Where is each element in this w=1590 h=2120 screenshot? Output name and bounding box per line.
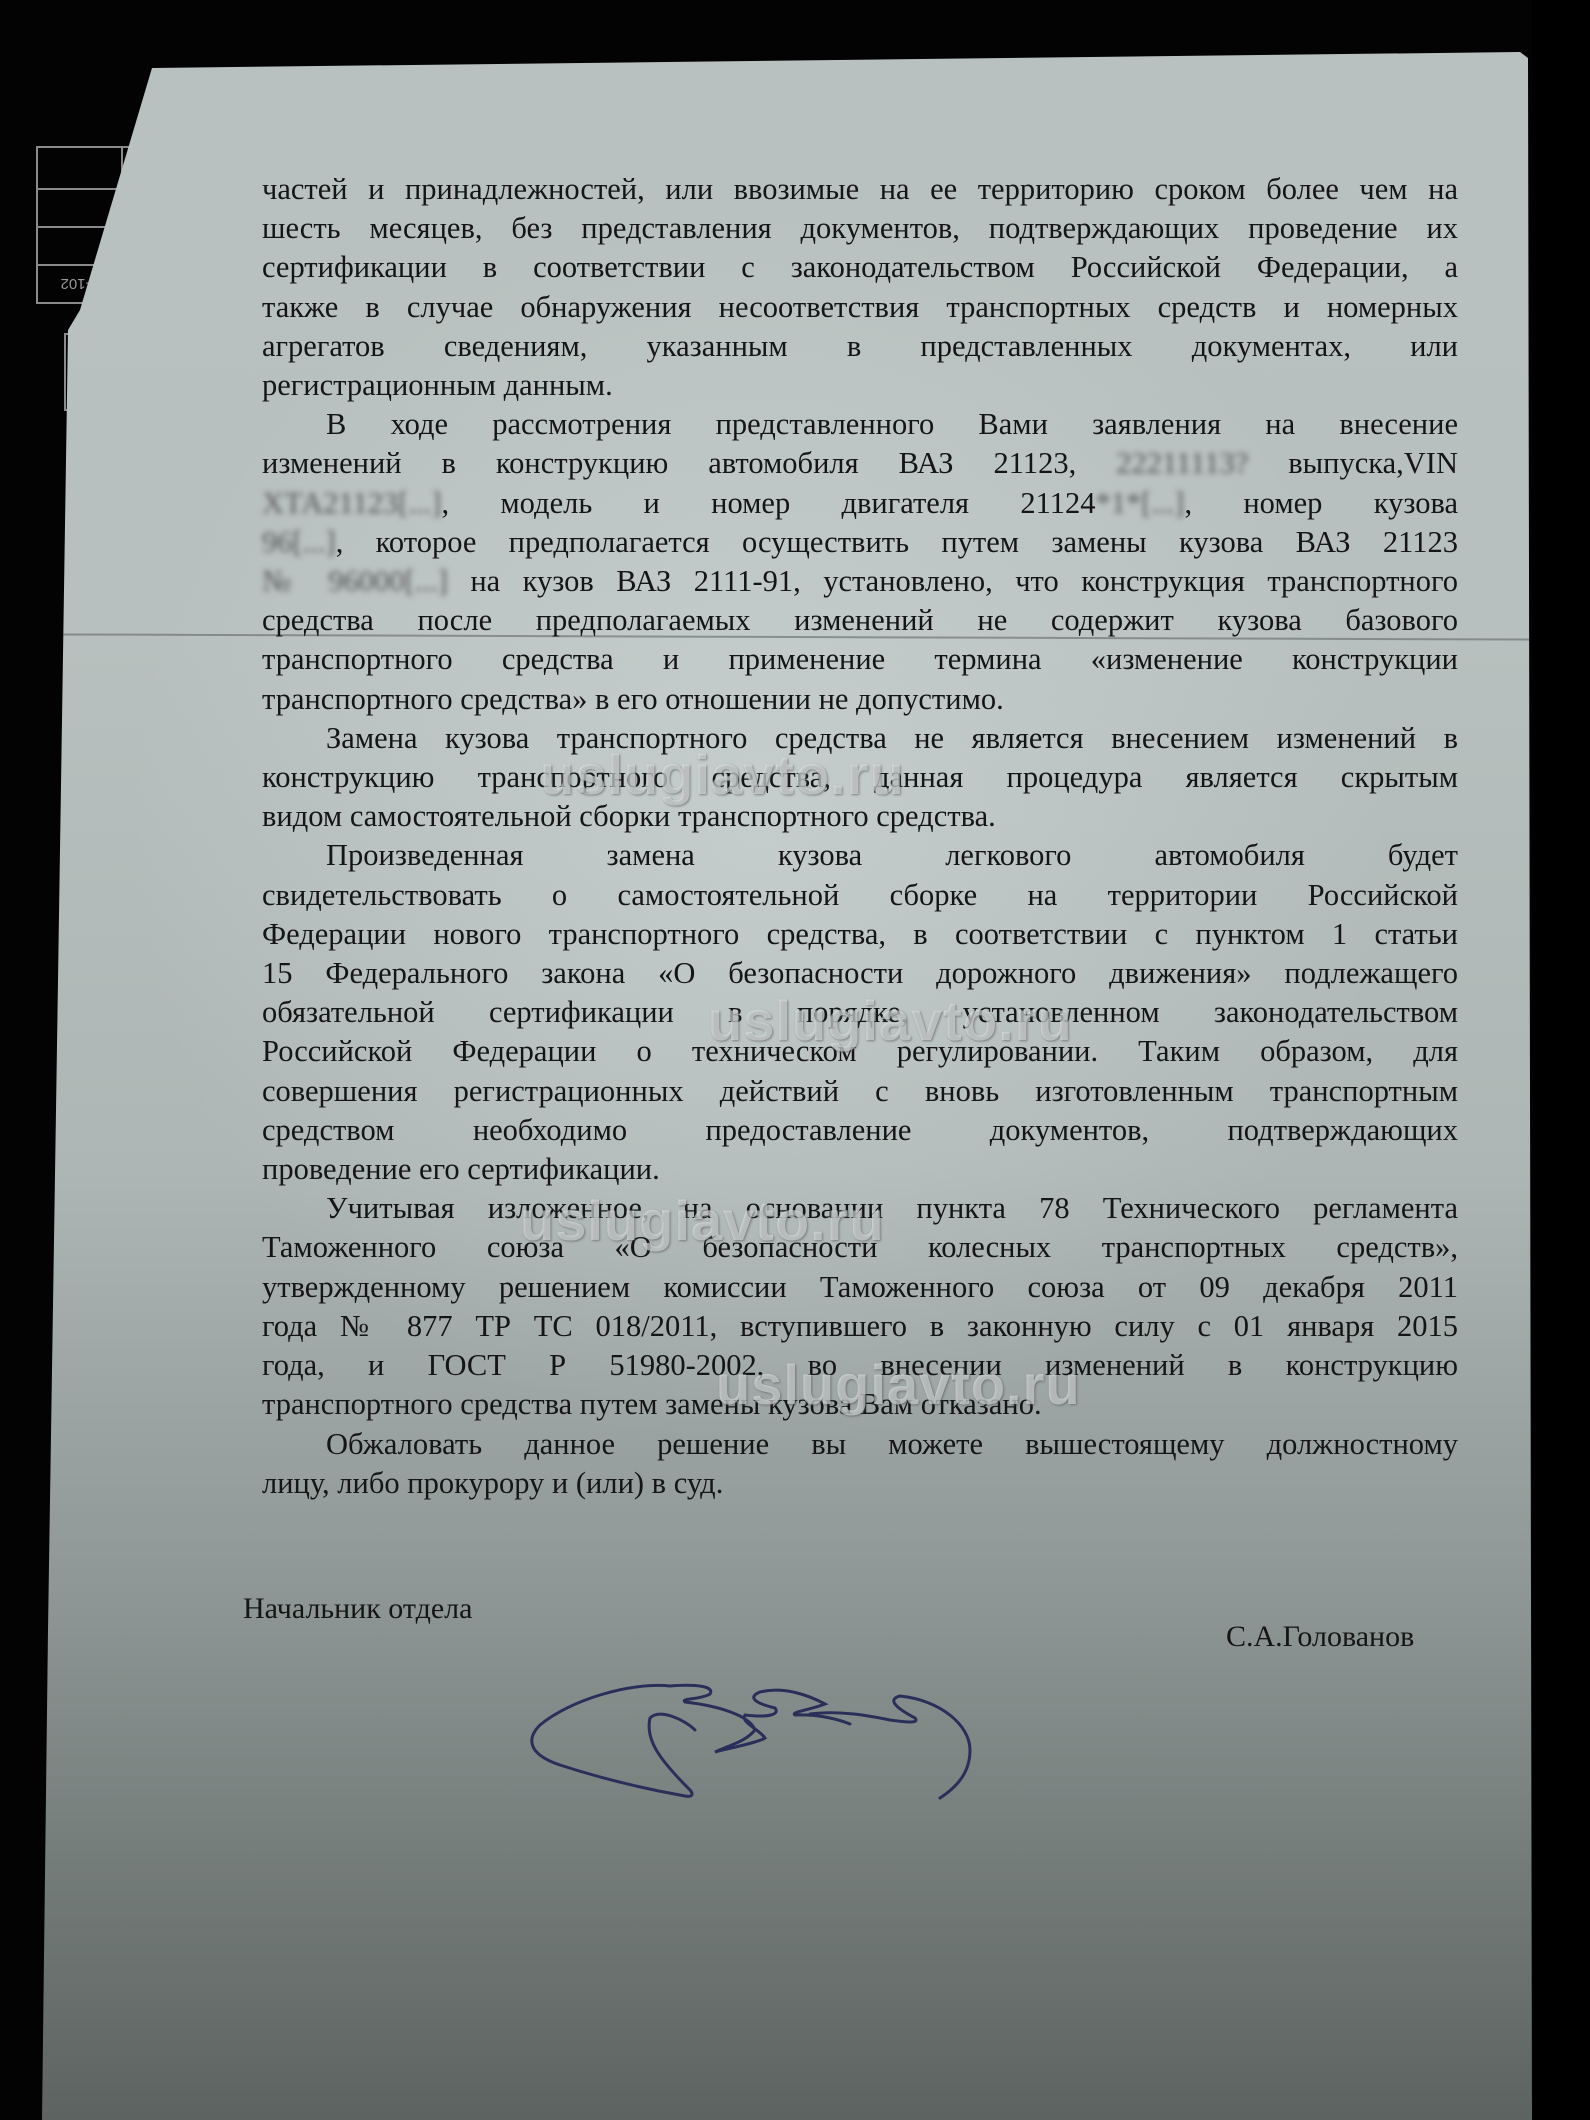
text-line: ХТА21123[...], модель и номер двигателя …	[262, 484, 1458, 523]
text-line: 15 Федерального закона «О безопасности д…	[262, 954, 1458, 993]
redacted-body-number-2: № 96000[...]	[262, 564, 448, 598]
paper-sheet: частей и принадлежностей, или ввозимые н…	[0, 0, 1590, 2120]
text-line: транспортного средства путем замены кузо…	[262, 1385, 1458, 1424]
text-line: конструкцию транспортного средства, данн…	[262, 758, 1458, 797]
photo-stage: 104-106 0-102 116 182-188 58 частей и пр	[0, 0, 1590, 2120]
paragraph-4: Произведенная замена кузова легкового ав…	[262, 836, 1458, 1189]
letter-body: частей и принадлежностей, или ввозимые н…	[262, 170, 1458, 1503]
text-line: шесть месяцев, без представления докумен…	[262, 209, 1458, 248]
text-line: частей и принадлежностей, или ввозимые н…	[262, 170, 1458, 209]
redacted-engine: *1*[...]	[1096, 486, 1185, 520]
signatory-name: С.А.Голованов	[1226, 1620, 1414, 1654]
text-line: утвержденному решением комиссии Таможенн…	[262, 1268, 1458, 1307]
handwritten-signature-icon	[520, 1630, 1220, 1830]
signatory-position: Начальник отдела	[243, 1592, 472, 1626]
paragraph-6: Обжаловать данное решение вы можете выше…	[262, 1425, 1458, 1503]
text-line: 96[...], которое предполагается осуществ…	[262, 523, 1458, 562]
redacted-vin: ХТА21123[...]	[262, 486, 441, 520]
text-line: лицу, либо прокурору и (или) в суд.	[262, 1464, 1458, 1503]
text-line: обязательной сертификации в порядке, уст…	[262, 993, 1458, 1032]
text-line: Российской Федерации о техническом регул…	[262, 1032, 1458, 1071]
text-line: свидетельствовать о самостоятельной сбор…	[262, 876, 1458, 915]
text-line: Учитывая изложенное, на основании пункта…	[262, 1189, 1458, 1228]
text-line: видом самостоятельной сборки транспортно…	[262, 797, 1458, 836]
text-line: Произведенная замена кузова легкового ав…	[262, 836, 1458, 875]
text-line: совершения регистрационных действий с вн…	[262, 1072, 1458, 1111]
text-line: транспортного средства и применение терм…	[262, 640, 1458, 679]
text-line: Таможенного союза «О безопасности колесн…	[262, 1228, 1458, 1267]
text-line: регистрационным данным.	[262, 366, 1458, 405]
text-line: средства после предполагаемых изменений …	[262, 601, 1458, 640]
text-line: изменений в конструкцию автомобиля ВАЗ 2…	[262, 444, 1458, 483]
paragraph-3: Замена кузова транспортного средства не …	[262, 719, 1458, 837]
text-line: В ходе рассмотрения представленного Вами…	[262, 405, 1458, 444]
text-line: года № 877 ТР ТС 018/2011, вступившего в…	[262, 1307, 1458, 1346]
text-line: года, и ГОСТ Р 51980-2002, во внесении и…	[262, 1346, 1458, 1385]
text-line: № 96000[...] на кузов ВАЗ 2111-91, устан…	[262, 562, 1458, 601]
text-line: транспортного средства» в его отношении …	[262, 680, 1458, 719]
text-line: агрегатов сведениям, указанным в предста…	[262, 327, 1458, 366]
text-line: также в случае обнаружения несоответстви…	[262, 288, 1458, 327]
paragraph-5: Учитывая изложенное, на основании пункта…	[262, 1189, 1458, 1424]
paragraph-1: частей и принадлежностей, или ввозимые н…	[262, 170, 1458, 405]
background-edge	[1532, 0, 1590, 2120]
paragraph-2: В ходе рассмотрения представленного Вами…	[262, 405, 1458, 719]
text-line: Обжаловать данное решение вы можете выше…	[262, 1425, 1458, 1464]
bg-cell	[37, 147, 122, 189]
text-line: сертификации в соответствии с законодате…	[262, 248, 1458, 287]
redacted-body-number: 96[...]	[262, 525, 336, 559]
redacted-year: 22211113?	[1116, 446, 1248, 480]
text-line: средством необходимо предоставление доку…	[262, 1111, 1458, 1150]
text-line: Замена кузова транспортного средства не …	[262, 719, 1458, 758]
text-line: проведение его сертификации.	[262, 1150, 1458, 1189]
text-line: Федерации нового транспортного средства,…	[262, 915, 1458, 954]
